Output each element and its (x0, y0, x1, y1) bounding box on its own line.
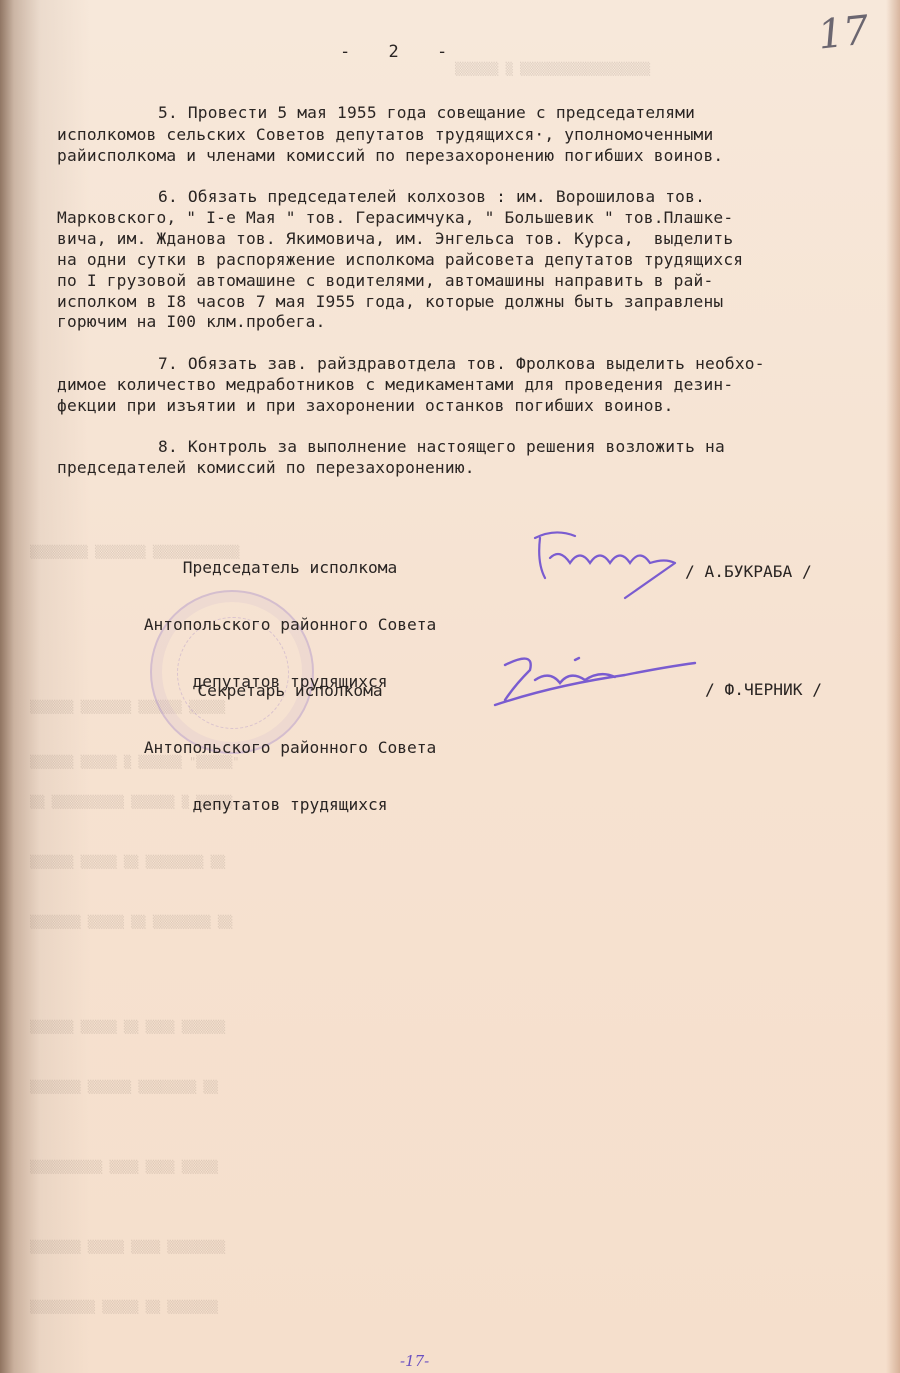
paragraph-7-line-2: димое количество медработников с медикам… (57, 375, 733, 394)
paragraph-6-line-1: 6. Обязать председателей колхозов : им. … (158, 187, 705, 206)
secretary-name: / Ф.ЧЕРНИК / (705, 680, 822, 699)
bleed-through-text: ▒▒▒▒▒▒▒ ▒▒▒▒▒▒ ▒▒▒▒▒▒▒▒ ▒▒ (30, 1080, 218, 1094)
paragraph-6-line-3: вича, им. Жданова тов. Якимовича, им. Эн… (57, 229, 733, 248)
paragraph-5-line-3: райисполкома и членами комиссий по перез… (57, 146, 723, 165)
chairman-title-line-1: Председатель исполкома (120, 558, 460, 577)
secretary-signature (475, 635, 705, 715)
bleed-through-text: ▒▒▒▒▒▒▒ ▒▒▒▒▒ ▒▒ ▒▒▒▒▒▒▒▒ ▒▒ (30, 915, 232, 929)
bleed-through-text: ▒▒▒▒▒▒ ▒▒▒▒▒ ▒▒ ▒▒▒▒▒▒▒▒ ▒▒ (30, 855, 225, 869)
paragraph-6-line-2: Марковского, " I-е Мая " тов. Герасимчук… (57, 208, 733, 227)
secretary-title-line-2: Антопольского районного Совета (120, 738, 460, 757)
bleed-through-text: ▒▒▒▒▒▒ ▒ ▒▒▒▒▒▒▒▒▒▒▒▒▒▒▒▒▒▒ (455, 62, 650, 76)
paragraph-6-line-6: исполком в I8 часов 7 мая I955 года, кот… (57, 292, 723, 311)
document-page: ▒▒▒▒▒▒ ▒ ▒▒▒▒▒▒▒▒▒▒▒▒▒▒▒▒▒▒ ▒▒▒▒▒▒▒▒ ▒▒▒… (0, 0, 900, 1373)
bleed-through-text: ▒▒▒▒▒▒▒▒▒ ▒▒▒▒▒ ▒▒ ▒▒▒▒▒▒▒ (30, 1300, 218, 1314)
chairman-title-line-2: Антопольского районного Совета (120, 615, 460, 634)
paragraph-5-line-2: исполкомов сельских Советов депутатов тр… (57, 125, 713, 144)
paragraph-8-line-2: председателей комиссий по перезахоронени… (57, 458, 475, 477)
paragraph-7-line-1: 7. Обязать зав. райздравотдела тов. Фрол… (158, 354, 765, 373)
bleed-through-text: ▒▒▒▒▒▒ ▒▒▒▒▒ ▒▒ ▒▒▒▒ ▒▒▒▒▒▒ (30, 1020, 225, 1034)
page-number: - 2 - (340, 42, 447, 62)
chairman-name: / А.БУКРАБА / (685, 562, 812, 581)
bottom-folio-number: -17- (400, 1352, 429, 1370)
paragraph-8-line-1: 8. Контроль за выполнение настоящего реш… (158, 437, 725, 456)
chairman-signature (515, 518, 695, 608)
secretary-title-line-3: депутатов трудящихся (120, 795, 460, 814)
secretary-title-line-1: Секретарь исполкома (120, 681, 460, 700)
folio-number: 17 (816, 7, 871, 58)
paragraph-6-line-7: горючим на I00 клм.пробега. (57, 312, 326, 331)
bleed-through-text: ▒▒▒▒▒▒▒▒▒▒ ▒▒▒▒ ▒▒▒▒ ▒▒▒▒▒ (30, 1160, 218, 1174)
paragraph-6-line-5: по I грузовой автомашине с водителями, а… (57, 271, 713, 290)
paragraph-5-line-1: 5. Провести 5 мая 1955 года совещание с … (158, 103, 695, 122)
paragraph-7-line-3: фекции при изъятии и при захоронении ост… (57, 396, 674, 415)
secretary-title: Секретарь исполкома Антопольского районн… (120, 643, 460, 852)
paragraph-6-line-4: на одни сутки в распоряжение исполкома р… (57, 250, 743, 269)
bleed-through-text: ▒▒▒▒▒▒▒ ▒▒▒▒▒ ▒▒▒▒ ▒▒▒▒▒▒▒▒ (30, 1240, 225, 1254)
